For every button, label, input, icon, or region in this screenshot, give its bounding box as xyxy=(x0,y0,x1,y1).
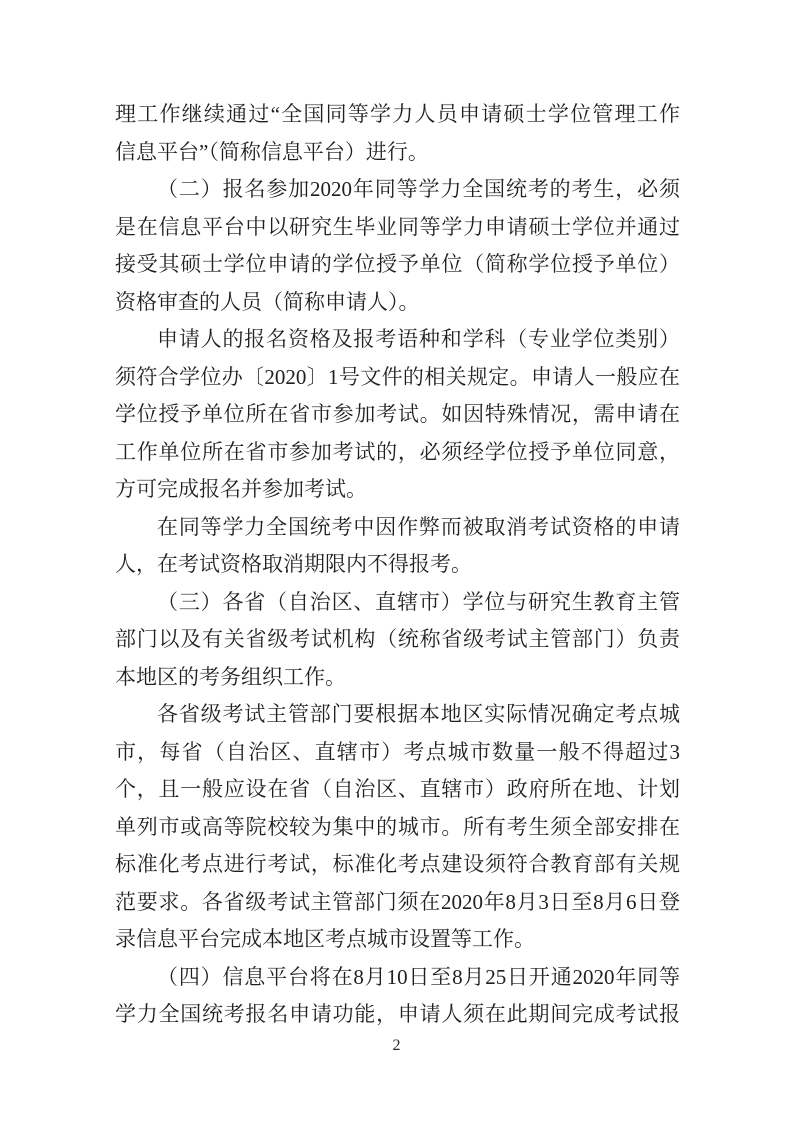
text-line: 本地区的考务组织工作。 xyxy=(115,659,680,697)
text-line: 部门以及有关省级考试机构（统称省级考试主管部门）负责 xyxy=(115,621,680,659)
text-line: 须符合学位办〔2020〕1号文件的相关规定。申请人一般应在 xyxy=(115,359,680,397)
text-line: 标准化考点进行考试，标准化考点建设须符合教育部有关规 xyxy=(115,846,680,884)
text-line: 人，在考试资格取消期限内不得报考。 xyxy=(115,546,680,584)
text-line: 学力全国统考报名申请功能，申请人须在此期间完成考试报 xyxy=(115,996,680,1034)
text-line: 接受其硕士学位申请的学位授予单位（简称学位授予单位） xyxy=(115,246,680,284)
text-line: （四）信息平台将在8月10日至8月25日开通2020年同等 xyxy=(115,959,680,997)
text-line: 学位授予单位所在省市参加考试。如因特殊情况，需申请在 xyxy=(115,396,680,434)
text-line: 单列市或高等院校较为集中的城市。所有考生须全部安排在 xyxy=(115,809,680,847)
text-line: 在同等学力全国统考中因作弊而被取消考试资格的申请 xyxy=(115,509,680,547)
text-line: 范要求。各省级考试主管部门须在2020年8月3日至8月6日登 xyxy=(115,884,680,922)
page-number: 2 xyxy=(0,1036,793,1056)
text-line: 申请人的报名资格及报考语种和学科（专业学位类别） xyxy=(115,321,680,359)
text-line: （二）报名参加2020年同等学力全国统考的考生，必须 xyxy=(115,171,680,209)
text-line: 信息平台”（简称信息平台）进行。 xyxy=(115,134,680,172)
document-body: 理工作继续通过“全国同等学力人员申请硕士学位管理工作 信息平台”（简称信息平台）… xyxy=(115,96,680,1034)
text-line: 录信息平台完成本地区考点城市设置等工作。 xyxy=(115,921,680,959)
text-line: 各省级考试主管部门要根据本地区实际情况确定考点城 xyxy=(115,696,680,734)
text-line: 个，且一般应设在省（自治区、直辖市）政府所在地、计划 xyxy=(115,771,680,809)
text-line: 方可完成报名并参加考试。 xyxy=(115,471,680,509)
text-line: 工作单位所在省市参加考试的，必须经学位授予单位同意， xyxy=(115,434,680,472)
text-line: 市，每省（自治区、直辖市）考点城市数量一般不得超过3 xyxy=(115,734,680,772)
text-line: 是在信息平台中以研究生毕业同等学力申请硕士学位并通过 xyxy=(115,209,680,247)
text-line: （三）各省（自治区、直辖市）学位与研究生教育主管 xyxy=(115,584,680,622)
text-line: 资格审查的人员（简称申请人）。 xyxy=(115,284,680,322)
document-page: 理工作继续通过“全国同等学力人员申请硕士学位管理工作 信息平台”（简称信息平台）… xyxy=(0,0,793,1122)
text-line: 理工作继续通过“全国同等学力人员申请硕士学位管理工作 xyxy=(115,96,680,134)
